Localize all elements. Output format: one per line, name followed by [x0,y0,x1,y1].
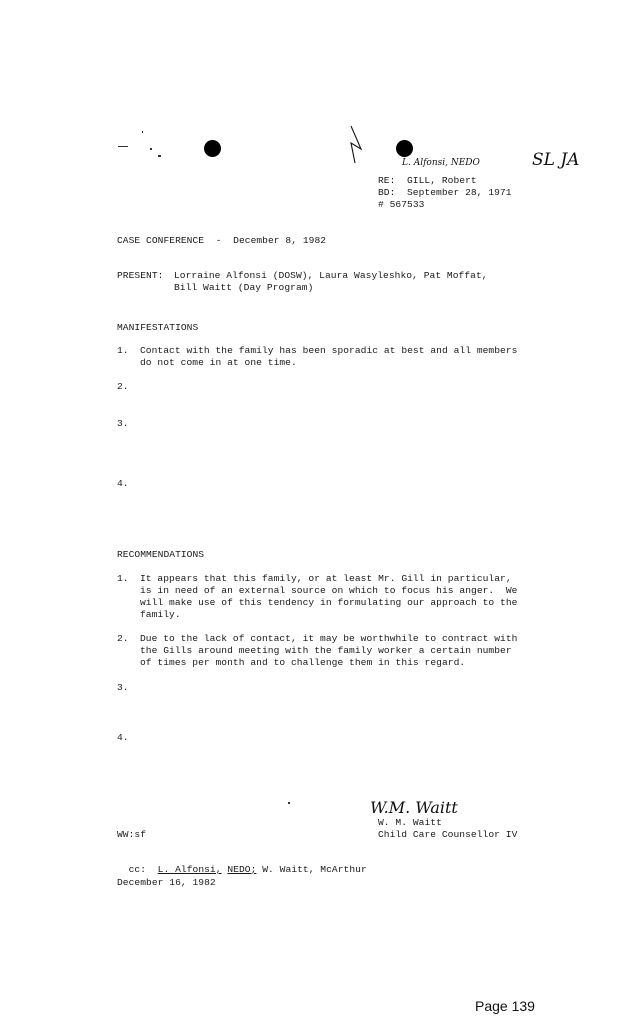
manifestations-heading: MANIFESTATIONS [117,322,198,334]
scan-speck [150,148,152,150]
re-label: RE: [378,175,395,187]
manifestation-number-1: 1. [117,345,129,357]
recommendation-number-2: 2. [117,633,129,645]
typist-initials: WW:sf [117,829,146,841]
cc-label: cc: [129,864,146,875]
recommendation-2-line-3: of times per month and to challenge them… [140,657,465,669]
recommendation-1-line-4: family. [140,609,181,621]
punch-hole-right [396,140,413,157]
signatory-name: W. M. Waitt [378,817,442,829]
handwritten-initials: SL JA [532,150,579,170]
manifestation-number-2: 2. [117,381,129,393]
punch-hole-left [204,140,221,157]
manifestation-1-line-2: do not come in at one time. [140,357,297,369]
handwritten-note: L. Alfonsi, NEDO [402,158,480,168]
signatory-title: Child Care Counsellor IV [378,829,517,841]
memo-date: December 16, 1982 [117,877,216,889]
page-number: Page 139 [475,998,535,1014]
recommendation-2-line-1: Due to the lack of contact, it may be wo… [140,633,517,645]
manifestation-number-4: 4. [117,478,129,490]
scan-speck [158,155,161,157]
cc-recipients-rest: W. Waitt, McArthur [262,864,367,875]
manifestation-1-line-1: Contact with the family has been sporadi… [140,345,517,357]
recommendation-number-1: 1. [117,573,129,585]
scan-speck [118,146,128,147]
file-number: # 567533 [378,199,424,211]
handwritten-zigzag-mark [348,125,364,165]
recommendation-1-line-2: is in need of an external source on whic… [140,585,517,597]
scan-speck [142,131,143,133]
recommendation-1-line-1: It appears that this family, or at least… [140,573,512,585]
cc-line: cc: L. Alfonsi, NEDO; W. Waitt, McArthur [117,852,367,876]
cc-recipient-nedo: NEDO; [227,864,256,875]
recommendation-1-line-3: will make use of this tendency in formul… [140,597,517,609]
present-line-2: Bill Waitt (Day Program) [174,282,313,294]
case-conference-heading: CASE CONFERENCE - December 8, 1982 [117,235,326,247]
bd-value: September 28, 1971 [407,187,512,199]
scan-speck [288,802,290,804]
recommendations-heading: RECOMMENDATIONS [117,549,204,561]
bd-label: BD: [378,187,395,199]
present-label: PRESENT: [117,270,163,282]
recommendation-number-4: 4. [117,732,129,744]
manifestation-number-3: 3. [117,418,129,430]
handwritten-signature: W.M. Waitt [370,798,458,817]
recommendation-2-line-2: the Gills around meeting with the family… [140,645,512,657]
cc-recipient-alfonsi: L. Alfonsi, [158,864,222,875]
recommendation-number-3: 3. [117,682,129,694]
re-value: GILL, Robert [407,175,477,187]
present-line-1: Lorraine Alfonsi (DOSW), Laura Wasyleshk… [174,270,488,282]
